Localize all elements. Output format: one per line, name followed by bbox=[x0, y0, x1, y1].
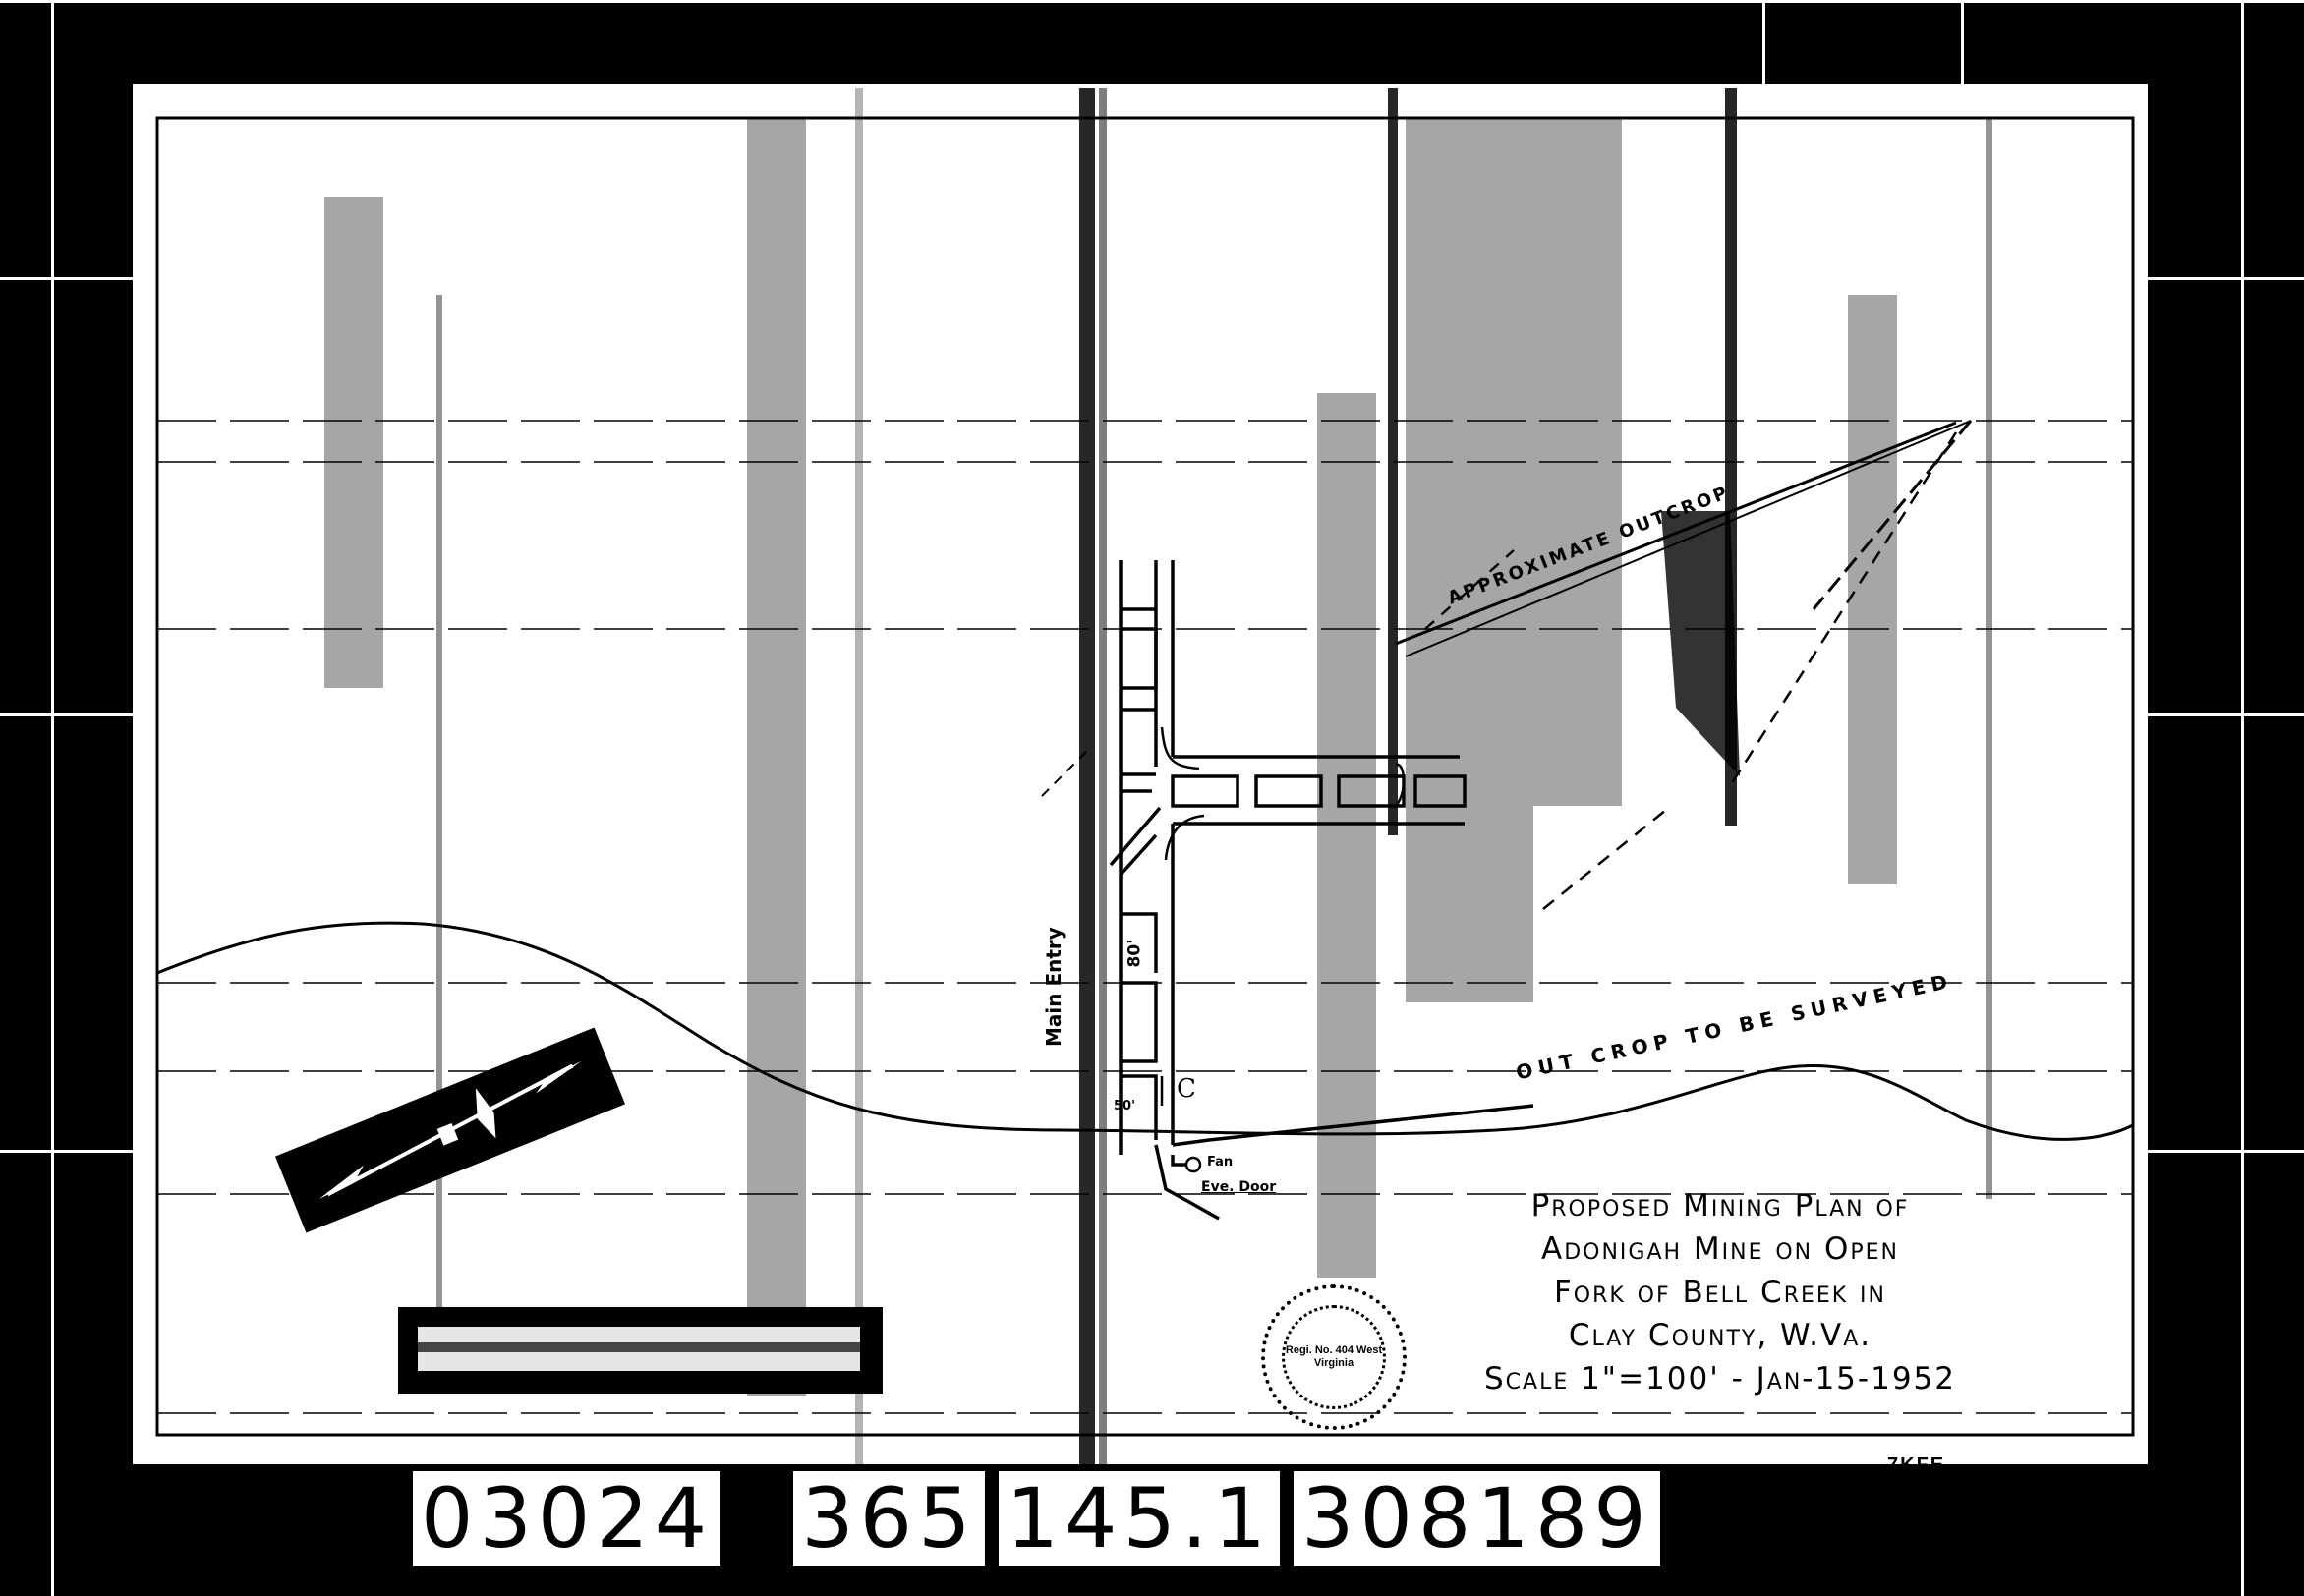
title-line: Scale 1"=100' - Jan-15-1952 bbox=[1445, 1357, 1995, 1400]
door-label: Eve. Door bbox=[1201, 1179, 1276, 1195]
main-entry-label: Main Entry bbox=[1042, 927, 1066, 1047]
id-strip: 03024 365 145.1 308189 bbox=[413, 1469, 1660, 1567]
centerline-label: C bbox=[1177, 1074, 1196, 1104]
id-number: 365 bbox=[793, 1471, 984, 1566]
spacing-label: 80' bbox=[1124, 940, 1144, 968]
margin-note: 7KFE bbox=[1887, 1454, 1945, 1477]
title-line: Proposed Mining Plan of bbox=[1445, 1184, 1995, 1227]
engineer-seal-icon: Regi. No. 404 West Virginia bbox=[1261, 1284, 1407, 1430]
title-line: Clay County, W.Va. bbox=[1445, 1314, 1995, 1357]
fan-label: Fan bbox=[1207, 1155, 1233, 1169]
id-number: 03024 bbox=[413, 1471, 720, 1566]
seal-text: Regi. No. 404 West Virginia bbox=[1282, 1305, 1386, 1409]
title-line: Adonigah Mine on Open bbox=[1445, 1227, 1995, 1271]
title-line: Fork of Bell Creek in bbox=[1445, 1271, 1995, 1314]
id-number: 308189 bbox=[1294, 1471, 1660, 1566]
id-number: 145.1 bbox=[999, 1471, 1280, 1566]
distance-label: 50' bbox=[1114, 1099, 1135, 1113]
title-block: Proposed Mining Plan of Adonigah Mine on… bbox=[1445, 1184, 1995, 1400]
